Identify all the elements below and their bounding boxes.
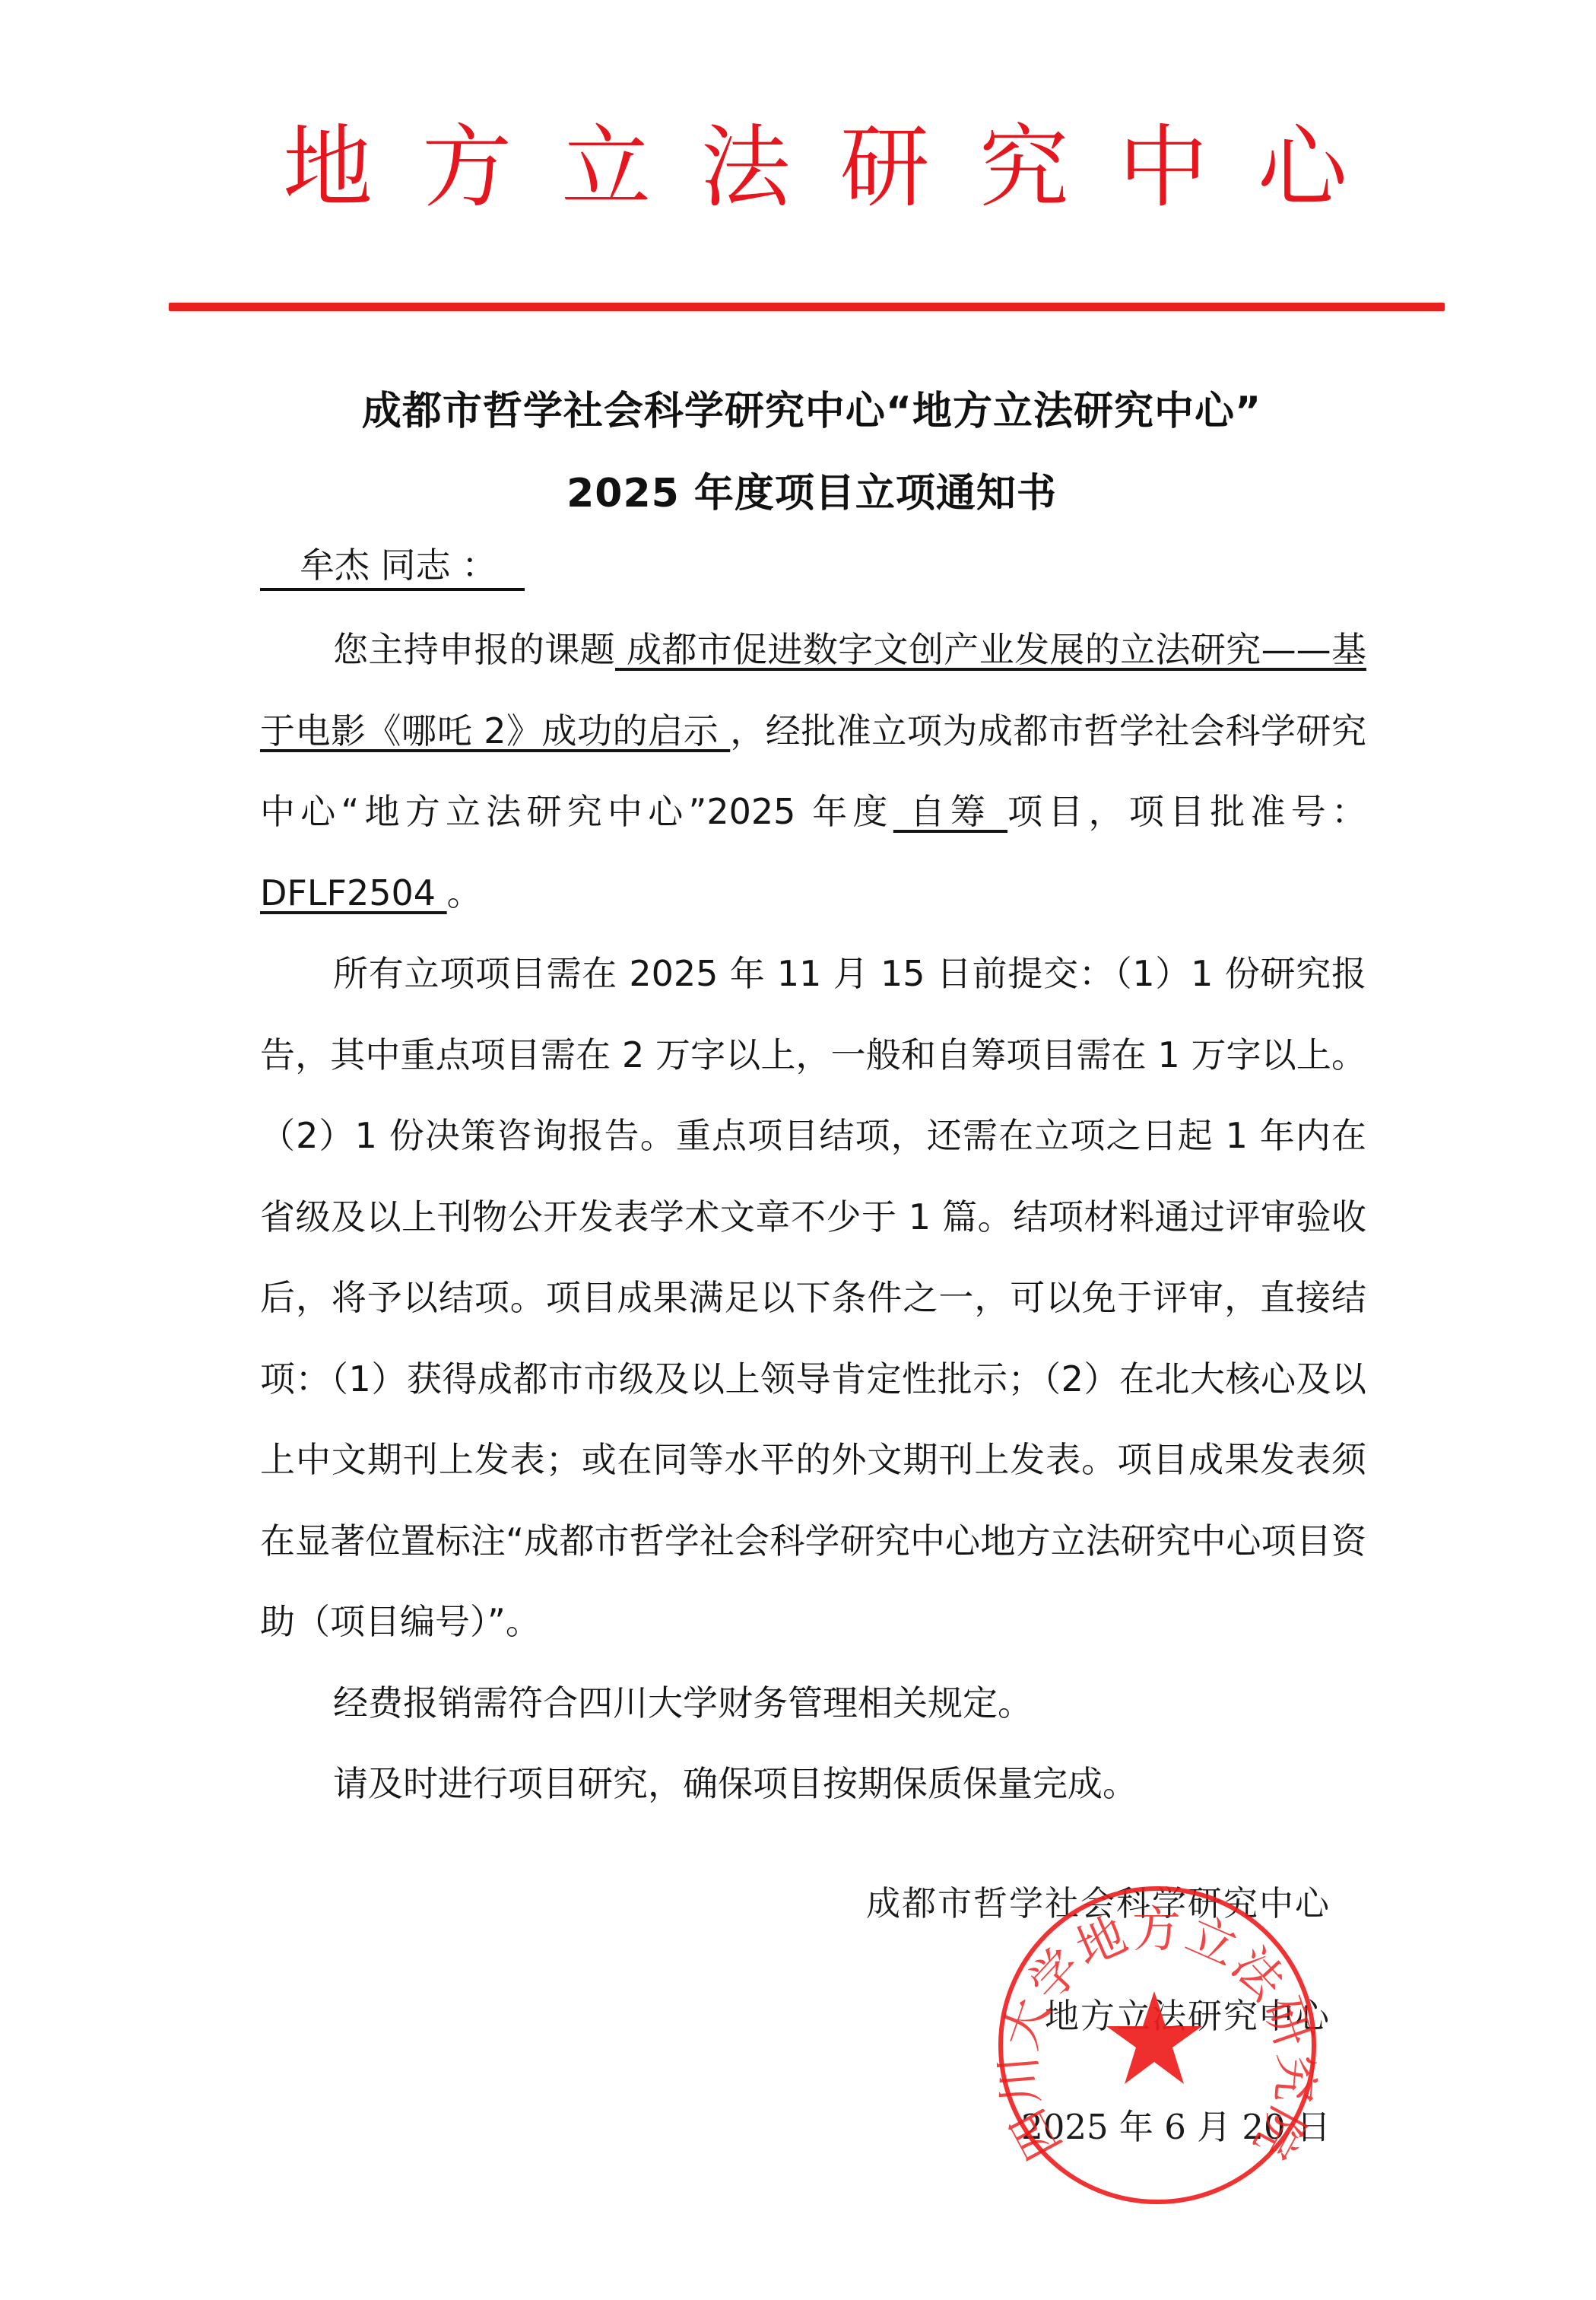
masthead-char: 法 bbox=[700, 114, 790, 221]
paragraph-funding: 经费报销需符合四川大学财务管理相关规定。 bbox=[260, 1663, 1366, 1744]
document-heading-line1: 成都市哲学社会科学研究中心“地方立法研究中心” bbox=[0, 379, 1596, 436]
document-body: 牟杰 同志 ： 您主持申报的课题 成都市促进数字文创产业发展的立法研究——基于电… bbox=[260, 525, 1366, 1825]
p1-after-type: 项目，项目批准号： bbox=[1007, 791, 1366, 832]
masthead-char: 研 bbox=[840, 114, 930, 221]
document-heading-line2: 2025 年度项目立项通知书 bbox=[0, 461, 1596, 518]
masthead-char: 立 bbox=[561, 114, 651, 221]
masthead-char: 地 bbox=[283, 114, 373, 221]
salutation: 牟杰 同志 ： bbox=[260, 542, 525, 591]
recipient-title: 同志 bbox=[381, 545, 451, 586]
masthead-char: 究 bbox=[979, 114, 1069, 221]
paragraph-requirements: 所有立项项目需在 2025 年 11 月 15 日前提交：（1）1 份研究报告，… bbox=[260, 933, 1366, 1663]
masthead-char: 中 bbox=[1118, 114, 1208, 221]
red-divider-rule bbox=[169, 303, 1445, 311]
paragraph-closing: 请及时进行项目研究，确保项目按期保质保量完成。 bbox=[260, 1743, 1366, 1825]
masthead-char: 心 bbox=[1258, 114, 1347, 221]
p1-prefix: 您主持申报的课题 bbox=[333, 629, 615, 670]
masthead-title: 地 方 立 法 研 究 中 心 bbox=[283, 114, 1347, 221]
approval-number: DFLF2504 bbox=[260, 872, 447, 913]
project-type: 自筹 bbox=[893, 791, 1007, 832]
masthead-char: 方 bbox=[422, 114, 512, 221]
p1-end: 。 bbox=[447, 872, 482, 913]
official-seal: 四川大学地方立法研究院 bbox=[997, 1885, 1318, 2206]
paragraph-approval: 您主持申报的课题 成都市促进数字文创产业发展的立法研究——基于电影《哪吒 2》成… bbox=[260, 609, 1366, 933]
salutation-colon: ： bbox=[462, 545, 497, 586]
star-icon bbox=[1106, 1991, 1202, 2084]
recipient-name: 牟杰 bbox=[260, 545, 370, 586]
notice-document: 地 方 立 法 研 究 中 心 成都市哲学社会科学研究中心“地方立法研究中心” … bbox=[0, 0, 1596, 2300]
